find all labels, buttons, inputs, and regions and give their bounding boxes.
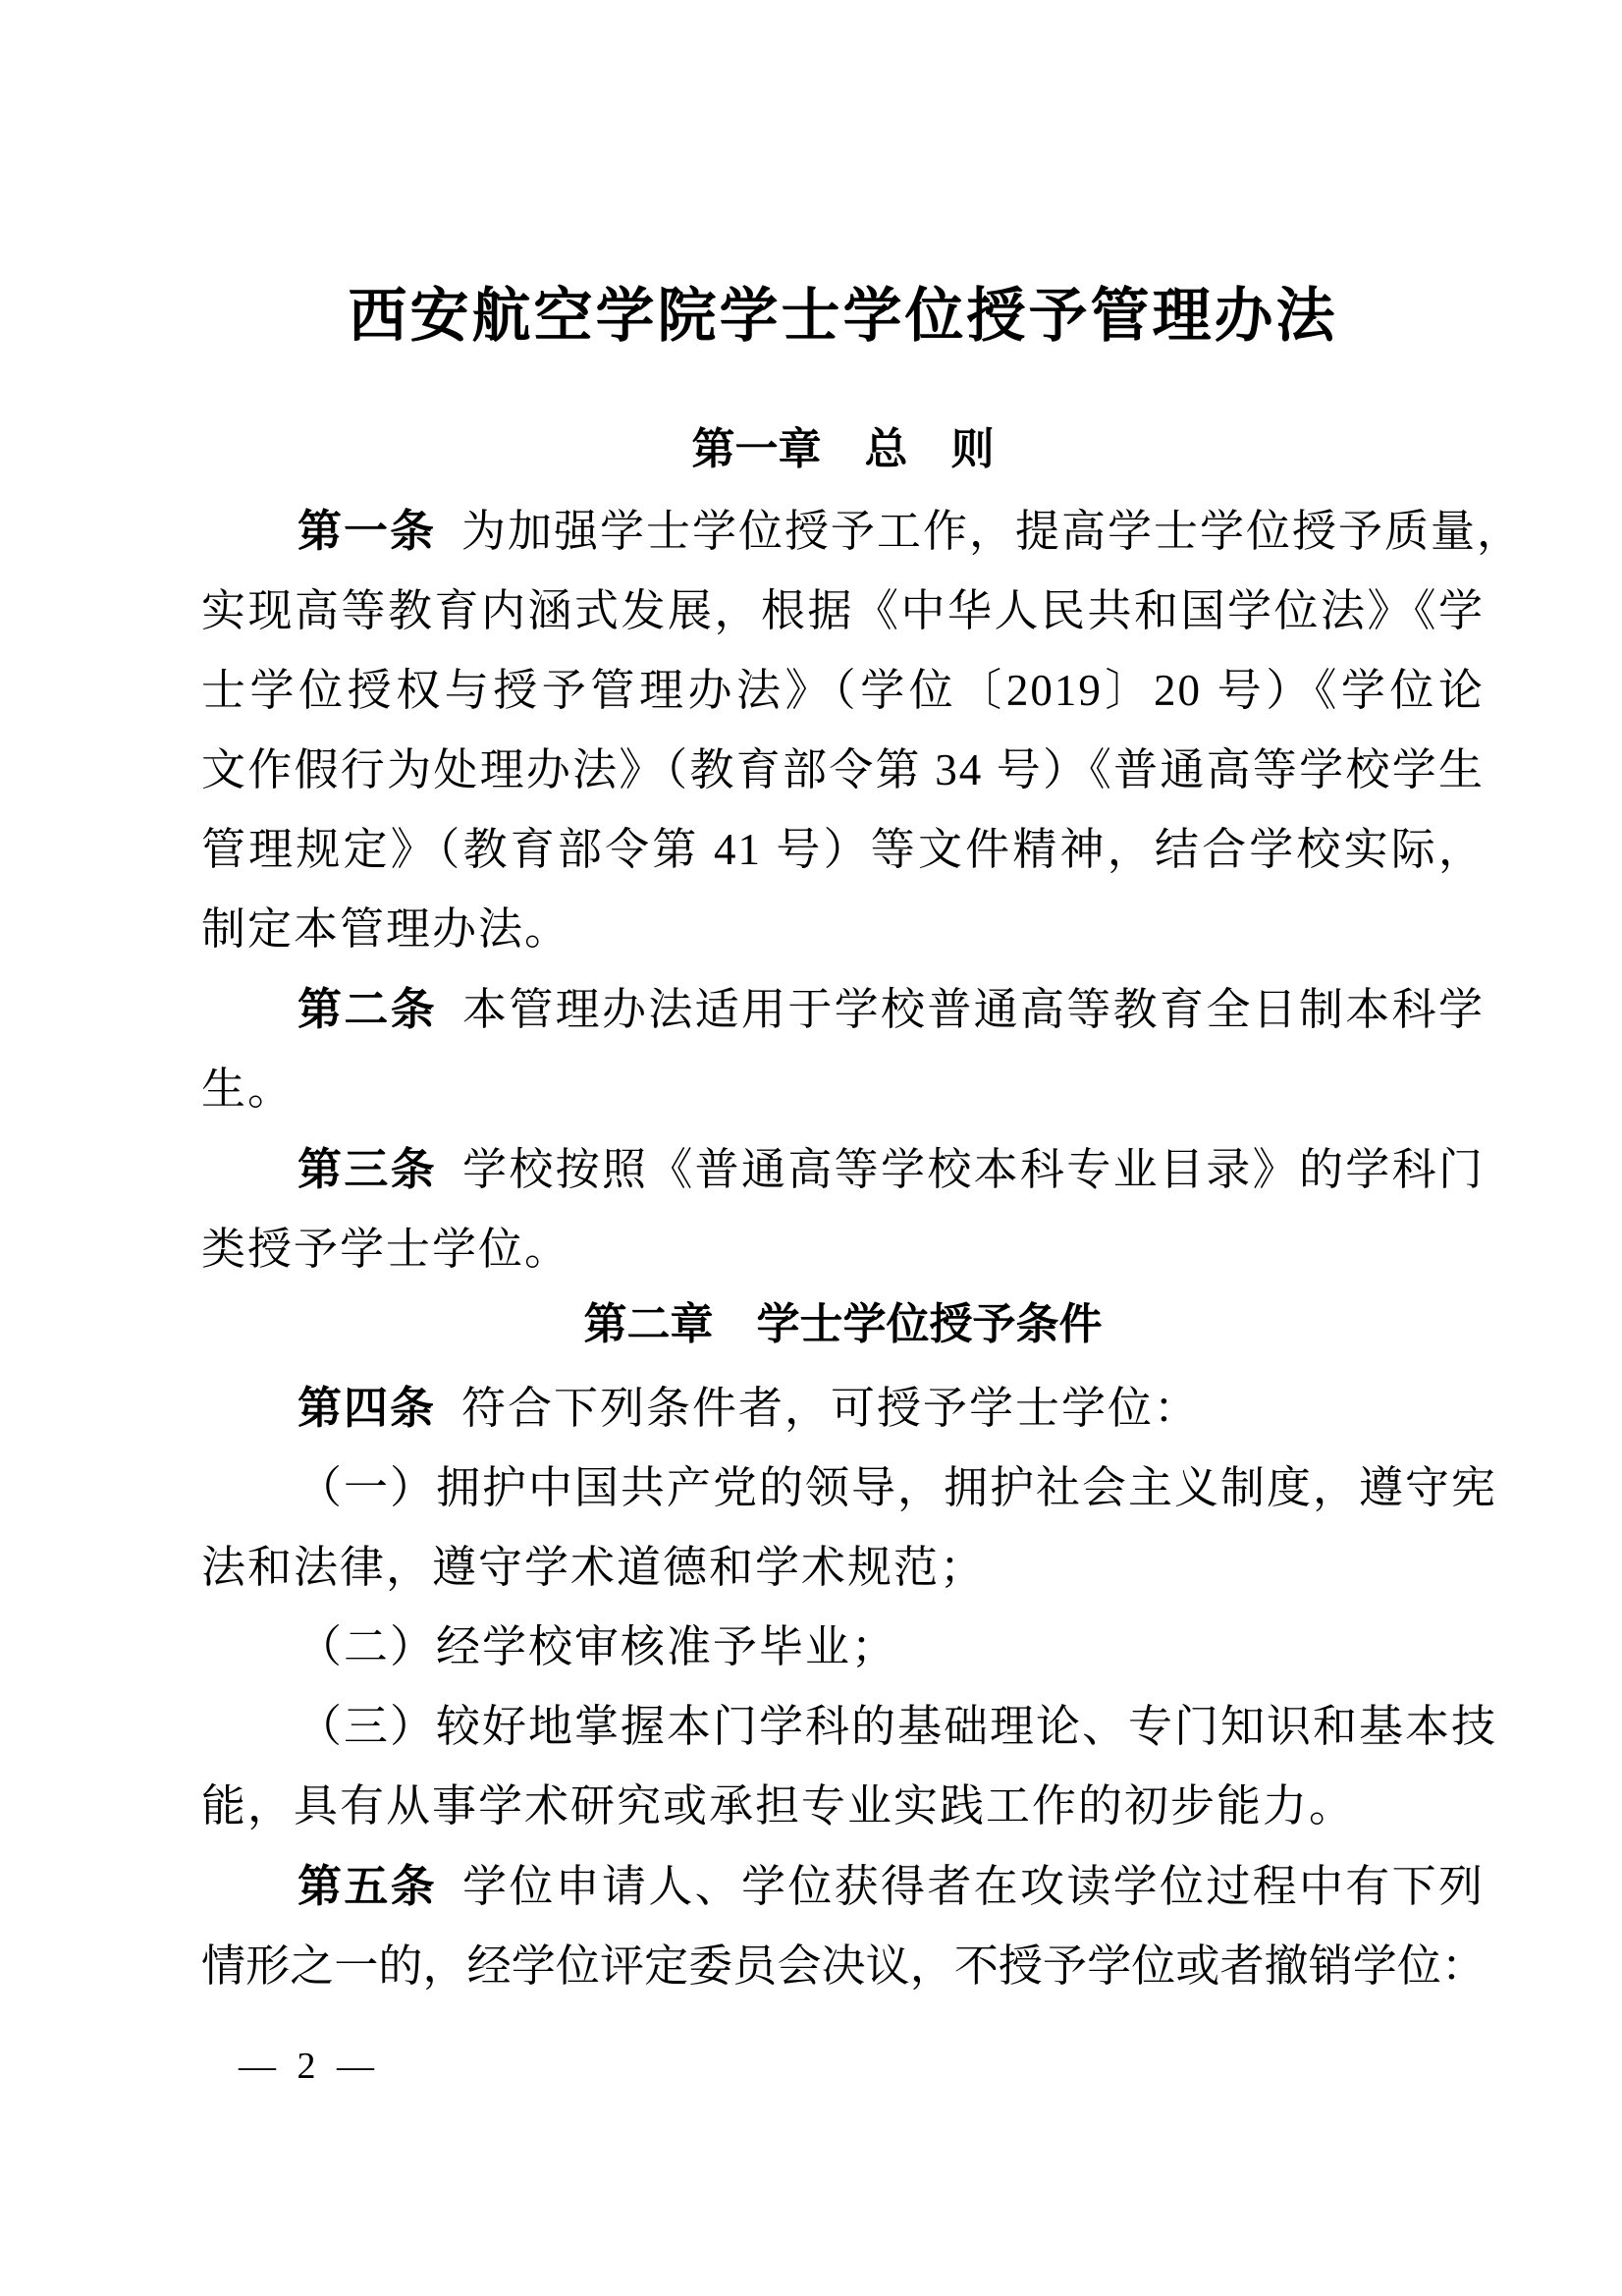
line-text: 文作假行为处理办法》（教育部令第 34 号）《普通高等学校学生 <box>201 745 1485 794</box>
body-line: 制定本管理办法。 <box>201 890 1485 969</box>
document-title: 西安航空学院学士学位授予管理办法 <box>201 281 1485 352</box>
article-2-number: 第二条 <box>297 984 437 1034</box>
line-text: 士学位授权与授予管理办法》（学位〔2019〕20 号）《学位论 <box>201 666 1485 715</box>
body-line: （二）经学校审核准予毕业； <box>201 1608 1485 1687</box>
chapter-2-heading: 第二章 学士学位授予条件 <box>201 1301 1485 1348</box>
body-line: 情形之一的，经学位评定委员会决议，不授予学位或者撤销学位： <box>201 1927 1485 2006</box>
line-text: 符合下列条件者，可授予学士学位： <box>461 1384 1200 1433</box>
chapter-1-heading: 第一章 总 则 <box>201 426 1485 473</box>
body-line: 第一条为加强学士学位授予工作，提高学士学位授予质量， <box>201 491 1485 572</box>
body-line: 能，具有从事学术研究或承担专业实践工作的初步能力。 <box>201 1767 1485 1846</box>
body-line: 第四条符合下列条件者，可授予学士学位： <box>201 1368 1485 1449</box>
line-text: 生。 <box>201 1065 294 1114</box>
line-text: 制定本管理办法。 <box>201 904 570 954</box>
body-line: 实现高等教育内涵式发展，根据《中华人民共和国学位法》《学 <box>201 572 1485 651</box>
page-number: — 2 — <box>239 2045 380 2088</box>
body-line: （三）较好地掌握本门学科的基础理论、专门知识和基本技 <box>201 1687 1485 1767</box>
body-line: 第五条学位申请人、学位获得者在攻读学位过程中有下列 <box>201 1846 1485 1927</box>
body-line: 法和法律，遵守学术道德和学术规范； <box>201 1528 1485 1608</box>
article-5-number: 第五条 <box>297 1861 437 1911</box>
line-text: （一）拥护中国共产党的领导，拥护社会主义制度，遵守宪 <box>297 1463 1497 1512</box>
body-line: 第三条学校按照《普通高等学校本科专业目录》的学科门 <box>201 1129 1485 1210</box>
article-1-number: 第一条 <box>297 506 436 556</box>
article-4-number: 第四条 <box>297 1383 436 1433</box>
body-line: 文作假行为处理办法》（教育部令第 34 号）《普通高等学校学生 <box>201 731 1485 810</box>
line-text: 管理规定》（教育部令第 41 号）等文件精神，结合学校实际， <box>201 825 1485 874</box>
line-text: （三）较好地掌握本门学科的基础理论、专门知识和基本技 <box>297 1702 1497 1751</box>
body-line: 类授予学士学位。 <box>201 1210 1485 1289</box>
body-line: （一）拥护中国共产党的领导，拥护社会主义制度，遵守宪 <box>201 1449 1485 1528</box>
line-text: 法和法律，遵守学术道德和学术规范； <box>201 1543 986 1592</box>
body-line: 第二条本管理办法适用于学校普通高等教育全日制本科学 <box>201 969 1485 1050</box>
line-text: 能，具有从事学术研究或承担专业实践工作的初步能力。 <box>201 1781 1355 1831</box>
line-text: 学位申请人、学位获得者在攻读学位过程中有下列 <box>462 1862 1485 1911</box>
body-line: 生。 <box>201 1050 1485 1129</box>
page-content: 西安航空学院学士学位授予管理办法 第一章 总 则 第一条为加强学士学位授予工作，… <box>201 0 1485 2006</box>
body-line: 士学位授权与授予管理办法》（学位〔2019〕20 号）《学位论 <box>201 651 1485 731</box>
line-text: 学校按照《普通高等学校本科专业目录》的学科门 <box>462 1145 1485 1194</box>
line-text: 为加强学士学位授予工作，提高学士学位授予质量， <box>461 507 1523 556</box>
line-text: 实现高等教育内涵式发展，根据《中华人民共和国学位法》《学 <box>201 586 1485 635</box>
article-3-number: 第三条 <box>297 1144 437 1194</box>
chapter-1-body: 第一条为加强学士学位授予工作，提高学士学位授予质量， 实现高等教育内涵式发展，根… <box>201 491 1485 1289</box>
line-text: 本管理办法适用于学校普通高等教育全日制本科学 <box>462 985 1485 1034</box>
chapter-2-body: 第四条符合下列条件者，可授予学士学位： （一）拥护中国共产党的领导，拥护社会主义… <box>201 1368 1485 2006</box>
body-line: 管理规定》（教育部令第 41 号）等文件精神，结合学校实际， <box>201 810 1485 890</box>
line-text: （二）经学校审核准予毕业； <box>297 1622 897 1671</box>
document-page: 西安航空学院学士学位授予管理办法 第一章 总 则 第一条为加强学士学位授予工作，… <box>0 0 1622 2296</box>
line-text: 类授予学士学位。 <box>201 1225 570 1274</box>
line-text: 情形之一的，经学位评定委员会决议，不授予学位或者撤销学位： <box>201 1941 1485 1991</box>
